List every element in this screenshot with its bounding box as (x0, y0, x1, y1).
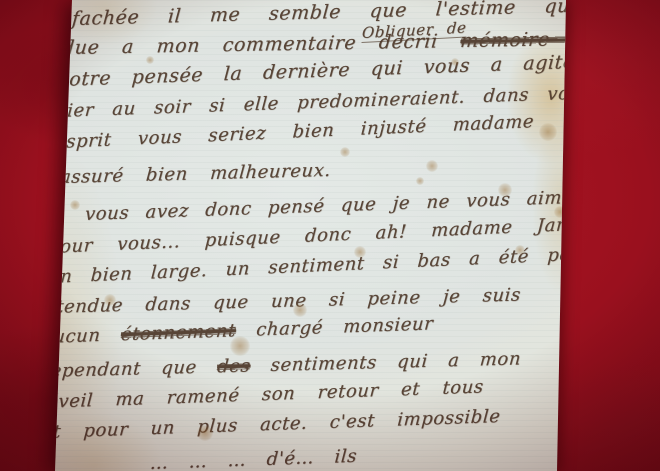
handwriting-text: et pour un plus acte. c'est impossible (41, 406, 501, 443)
letter-paper: fachée il me semble que l'estime qui enO… (0, 0, 660, 471)
handwriting-text: fachée il me semble que l'estime qui en (71, 0, 631, 30)
paper-shadow-wrap: fachée il me semble que l'estime qui enO… (0, 0, 660, 471)
handwritten-line-7: assuré bien malheureux. (59, 160, 332, 188)
handwriting-text: chargé monsieur (235, 313, 434, 341)
handwritten-line-15: et pour un plus acte. c'est impossible (41, 406, 501, 443)
handwriting-text: assuré bien malheureux. (59, 160, 332, 188)
handwriting-text: due a mon commentaire decrii (61, 30, 461, 59)
struck-out-words: étonnement (120, 320, 237, 345)
handwritten-line-14: réveil ma ramené son retour et tous (37, 376, 484, 413)
handwritten-line-12: aucun étonnement chargé monsieur (41, 313, 434, 348)
foxing-spot-11 (539, 123, 557, 141)
handwritten-line-16: … … … d'é… ils (149, 446, 358, 471)
handwriting-text: aucun (41, 324, 121, 348)
foxing-spot-3 (340, 147, 350, 157)
handwritten-line-1: fachée il me semble que l'estime qui en (71, 0, 631, 30)
struck-out-words: mémoire et bu (459, 27, 641, 52)
handwriting-text: … … … d'é… ils (149, 446, 358, 471)
handwriting-text: cependant que (39, 356, 218, 382)
handwriting-text: étendue dans que une si peine je suis (44, 285, 522, 319)
struck-out-words: des (216, 355, 251, 377)
foxing-spot-4 (416, 177, 424, 185)
foxing-spot-8 (70, 200, 80, 210)
handwritten-line-11: étendue dans que une si peine je suis (44, 285, 522, 319)
photo-of-letter: fachée il me semble que l'estime qui enO… (0, 0, 660, 471)
handwriting-text: sentiments qui a mon (250, 348, 522, 376)
handwriting-text: réveil ma ramené son retour et tous (37, 376, 484, 413)
foxing-spot-1 (426, 160, 438, 172)
